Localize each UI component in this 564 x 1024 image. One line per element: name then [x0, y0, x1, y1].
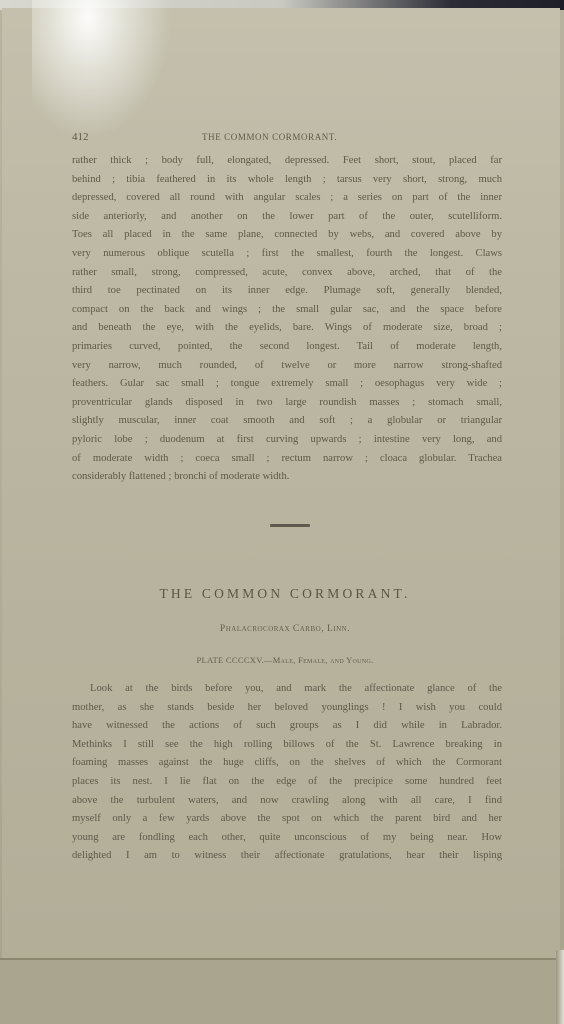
text-line: pyloric lobe ; duodenum at first curving… — [72, 431, 502, 450]
text-line: of moderate width ; coeca small ; rectum… — [72, 450, 502, 469]
description-paragraph: rather thick ; body full, elongated, dep… — [72, 152, 502, 487]
photo-scene: 412 THE COMMON CORMORANT. rather thick ;… — [0, 0, 564, 1024]
text-line: foaming masses against the huge cliffs, … — [72, 754, 502, 773]
narrative-paragraph: Look at the birds before you, and mark t… — [72, 680, 502, 866]
text-line: slightly muscular, inner coat smooth and… — [72, 412, 502, 431]
text-line: behind ; tibia feathered in its whole le… — [72, 171, 502, 190]
plate-caption: PLATE CCCCXV.—Male, Female, and Young. — [60, 655, 510, 665]
running-head: 412 THE COMMON CORMORANT. — [72, 131, 502, 145]
text-line: young are fondling each other, quite unc… — [72, 829, 502, 848]
text-line: feathers. Gular sac small ; tongue extre… — [72, 375, 502, 394]
text-line: rather small, strong, compressed, acute,… — [72, 264, 502, 283]
text-line: very narrow, much rounded, of twelve or … — [72, 357, 502, 376]
light-glare — [32, 0, 172, 138]
text-line: proventricular glands disposed in two la… — [72, 394, 502, 413]
text-line: primaries curved, pointed, the second lo… — [72, 338, 502, 357]
text-line: third toe pectinated on its inner edge. … — [72, 282, 502, 301]
chapter-title: THE COMMON CORMORANT. — [60, 586, 510, 602]
text-line: considerably flattened ; bronchi of mode… — [72, 468, 502, 487]
text-line: mother, as she stands beside her beloved… — [72, 699, 502, 718]
running-title: THE COMMON CORMORANT. — [202, 132, 337, 142]
text-line: Toes all placed in the same plane, conne… — [72, 226, 502, 245]
text-line: and beneath the eye, with the eyelids, b… — [72, 319, 502, 338]
text-line: have witnessed the actions of such group… — [72, 717, 502, 736]
section-divider — [270, 524, 310, 527]
text-line: side anteriorly, and another on the lowe… — [72, 208, 502, 227]
text-line: very numerous oblique scutella ; first t… — [72, 245, 502, 264]
text-line: places its nest. I lie flat on the edge … — [72, 773, 502, 792]
text-line: Look at the birds before you, and mark t… — [72, 680, 502, 699]
text-line: depressed, covered all round with angula… — [72, 189, 502, 208]
text-line: rather thick ; body full, elongated, dep… — [72, 152, 502, 171]
text-line: Methinks I still see the high rolling bi… — [72, 736, 502, 755]
text-line: myself only a few yards above the spot o… — [72, 810, 502, 829]
frame-edge — [556, 950, 564, 1024]
page-number: 412 — [72, 131, 89, 143]
text-line: above the turbulent waters, and now craw… — [72, 792, 502, 811]
text-line: delighted I am to witness their affectio… — [72, 847, 502, 866]
text-line: compact on the back and wings ; the smal… — [72, 301, 502, 320]
mat-board — [0, 958, 556, 1024]
latin-name: Phalacrocorax Carbo, Linn. — [60, 624, 510, 634]
